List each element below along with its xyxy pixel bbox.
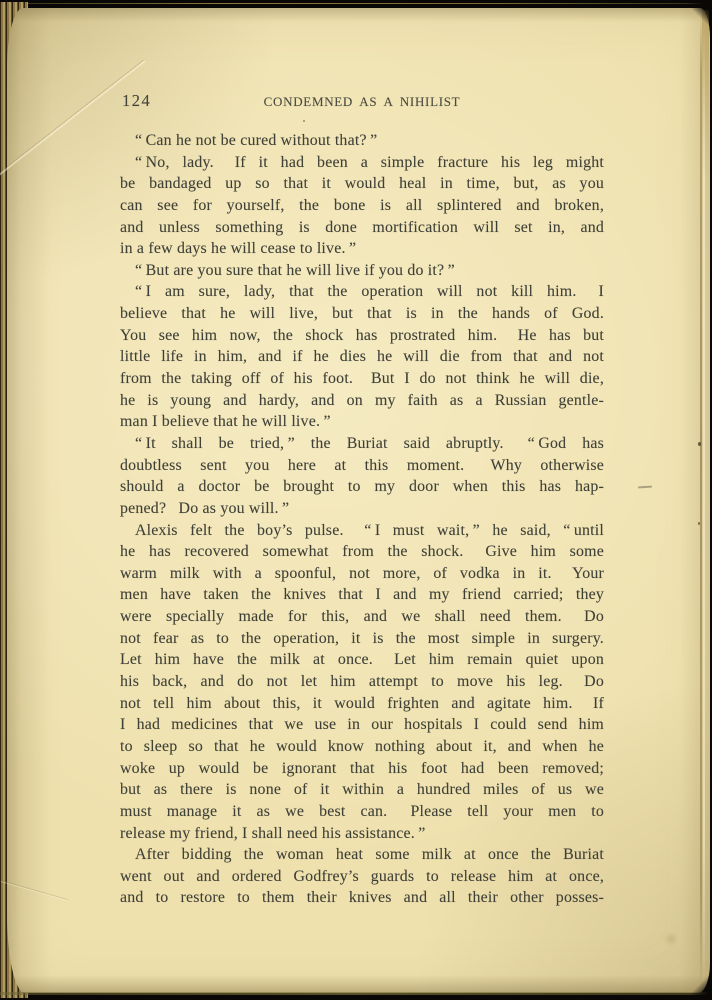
text-line: from the taking off of his foot. But I d… [120,368,604,390]
text-block: “ Can he not be cured without that? ”“ N… [120,130,604,909]
text-line: release my friend, I shall need his assi… [120,823,604,845]
text-line: After bidding the woman heat some milk a… [120,844,604,866]
text-line: not fear as to the operation, it is the … [120,628,604,650]
text-line: and unless something is done mortificati… [120,217,604,239]
text-line: he has recovered somewhat from the shock… [120,541,604,563]
text-line: “ I am sure, lady, that the operation wi… [120,281,604,303]
bottom-edge-highlight [0,992,712,995]
top-edge-highlight [4,3,712,4]
text-line: must manage it as we best can. Please te… [120,801,604,823]
text-line: be bandaged up so that it would heal in … [120,173,604,195]
corner-shadow-top-right [676,0,712,26]
text-line: Let him have the milk at once. Let him r… [120,649,604,671]
paper-stain [663,932,679,946]
print-artifact-dash [638,486,652,489]
text-line: can see for yourself, the bone is all sp… [120,195,604,217]
scan-speck [698,442,701,446]
text-line: went out and ordered Godfrey’s guards to… [120,866,604,888]
text-line: warm milk with a spoonful, not more, of … [120,563,604,585]
text-line: I had medicines that we use in our hospi… [120,714,604,736]
scan-speck [698,522,700,525]
paragraph: “ But are you sure that he will live if … [120,260,604,282]
paragraph: “ Can he not be cured without that? ” [120,130,604,152]
paragraph: “ I am sure, lady, that the operation wi… [120,281,604,432]
text-line: in a few days he will cease to live. ” [120,238,604,260]
corner-shadow-bottom-right [674,976,712,1000]
text-line: “ Can he not be cured without that? ” [120,130,604,152]
book-scan: 124 CONDEMNED AS A NIHILIST “ Can he not… [0,0,712,1000]
text-line: to sleep so that he would know nothing a… [120,736,604,758]
text-line: were specially made for this, and we sha… [120,606,604,628]
paragraph: “ It shall be tried, ” the Buriat said a… [120,433,604,520]
text-line: his back, and do not let him attempt to … [120,671,604,693]
text-line: little life in him, and if he dies he wi… [120,346,604,368]
text-line: not tell him about this, it would fright… [120,693,604,715]
text-line: he is young and hardy, and on my faith a… [120,390,604,412]
text-line: and to restore to them their knives and … [120,887,604,909]
page-number: 124 [122,91,151,111]
text-line: “ But are you sure that he will live if … [120,260,604,282]
text-line: pened? Do as you will. ” [120,498,604,520]
text-line: Alexis felt the boy’s pulse. “ I must wa… [120,520,604,542]
page-header: 124 CONDEMNED AS A NIHILIST [120,90,604,108]
text-line: You see him now, the shock has prostrate… [120,325,604,347]
text-line: believe that he will live, but that is i… [120,303,604,325]
paragraph: “ No, lady. If it had been a simple frac… [120,152,604,260]
page-crease-bottom-left [1,880,69,901]
text-line: men have taken the knives that I and my … [120,584,604,606]
text-line: “ No, lady. If it had been a simple frac… [120,152,604,174]
printed-content: 124 CONDEMNED AS A NIHILIST “ Can he not… [120,90,604,909]
text-line: man I believe that he will live. ” [120,411,604,433]
running-title: CONDEMNED AS A NIHILIST [120,90,604,110]
text-line: “ It shall be tried, ” the Buriat said a… [120,433,604,455]
text-line: doubtless sent you here at this moment. … [120,455,604,477]
text-line: but as there is none of it within a hund… [120,779,604,801]
paragraph: After bidding the woman heat some milk a… [120,844,604,909]
paragraph: Alexis felt the boy’s pulse. “ I must wa… [120,520,604,845]
book-page: 124 CONDEMNED AS A NIHILIST “ Can he not… [7,8,710,993]
text-line: should a doctor be brought to my door wh… [120,476,604,498]
fore-edge-shadow [702,10,709,180]
text-line: woke up would be ignorant that his foot … [120,758,604,780]
